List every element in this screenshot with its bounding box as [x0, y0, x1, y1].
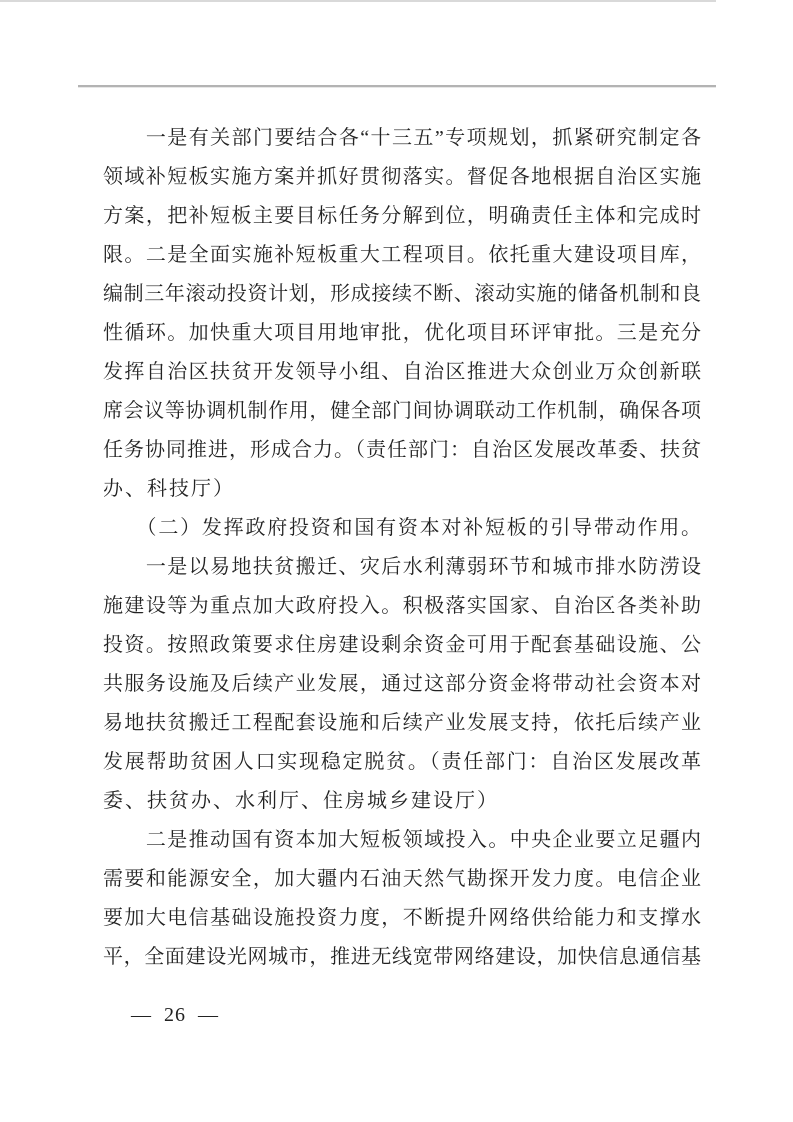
text-line: 限。二是全面实施补短板重大工程项目。依托重大建设项目库，: [103, 236, 701, 275]
text-line: 性循环。加快重大项目用地审批，优化项目环评审批。三是充分: [103, 314, 701, 353]
text-line: 共服务设施及后续产业发展，通过这部分资金将带动社会资本对: [103, 665, 701, 704]
page-footer: — 26 —: [107, 973, 219, 1057]
text-line: 方案，把补短板主要目标任务分解到位，明确责任主体和完成时: [103, 197, 701, 236]
text-line: 席会议等协调机制作用，健全部门间协调联动工作机制，确保各项: [103, 392, 701, 431]
text-line: 办、科技厅）: [103, 470, 701, 509]
document-page: 一是有关部门要结合各“十三五”专项规划，抓紧研究制定各领域补短板实施方案并抓好贯…: [0, 0, 793, 1122]
text-line: 二是推动国有资本加大短板领域投入。中央企业要立足疆内: [103, 821, 701, 860]
text-line: 领域补短板实施方案并抓好贯彻落实。督促各地根据自治区实施: [103, 158, 701, 197]
text-line: 需要和能源安全，加大疆内石油天然气勘探开发力度。电信企业: [103, 860, 701, 899]
text-line: 平，全面建设光网城市，推进无线宽带网络建设，加快信息通信基: [103, 938, 701, 977]
text-line: 易地扶贫搬迁工程配套设施和后续产业发展支持，依托后续产业: [103, 704, 701, 743]
text-line: 编制三年滚动投资计划，形成接续不断、滚动实施的储备机制和良: [103, 275, 701, 314]
section-heading-line: （二）发挥政府投资和国有资本对补短板的引导带动作用。: [103, 509, 701, 548]
text-line: 投资。按照政策要求住房建设剩余资金可用于配套基础设施、公: [103, 626, 701, 665]
text-line: 发挥自治区扶贫开发领导小组、自治区推进大众创业万众创新联: [103, 353, 701, 392]
text-line: 委、扶贫办、水利厅、住房城乡建设厅）: [103, 782, 701, 821]
text-line: 一是有关部门要结合各“十三五”专项规划，抓紧研究制定各: [103, 119, 701, 158]
page-top-edge-line: [0, 0, 716, 2]
header-divider-line: [78, 85, 716, 88]
document-body: 一是有关部门要结合各“十三五”专项规划，抓紧研究制定各领域补短板实施方案并抓好贯…: [103, 119, 701, 977]
text-line: 一是以易地扶贫搬迁、灾后水利薄弱环节和城市排水防涝设: [103, 548, 701, 587]
page-number: — 26 —: [131, 1004, 219, 1026]
text-line: 任务协同推进，形成合力。（责任部门：自治区发展改革委、扶贫: [103, 431, 701, 470]
text-line: 要加大电信基础设施投资力度，不断提升网络供给能力和支撑水: [103, 899, 701, 938]
text-line: 发展帮助贫困人口实现稳定脱贫。（责任部门：自治区发展改革: [103, 743, 701, 782]
text-line: 施建设等为重点加大政府投入。积极落实国家、自治区各类补助: [103, 587, 701, 626]
